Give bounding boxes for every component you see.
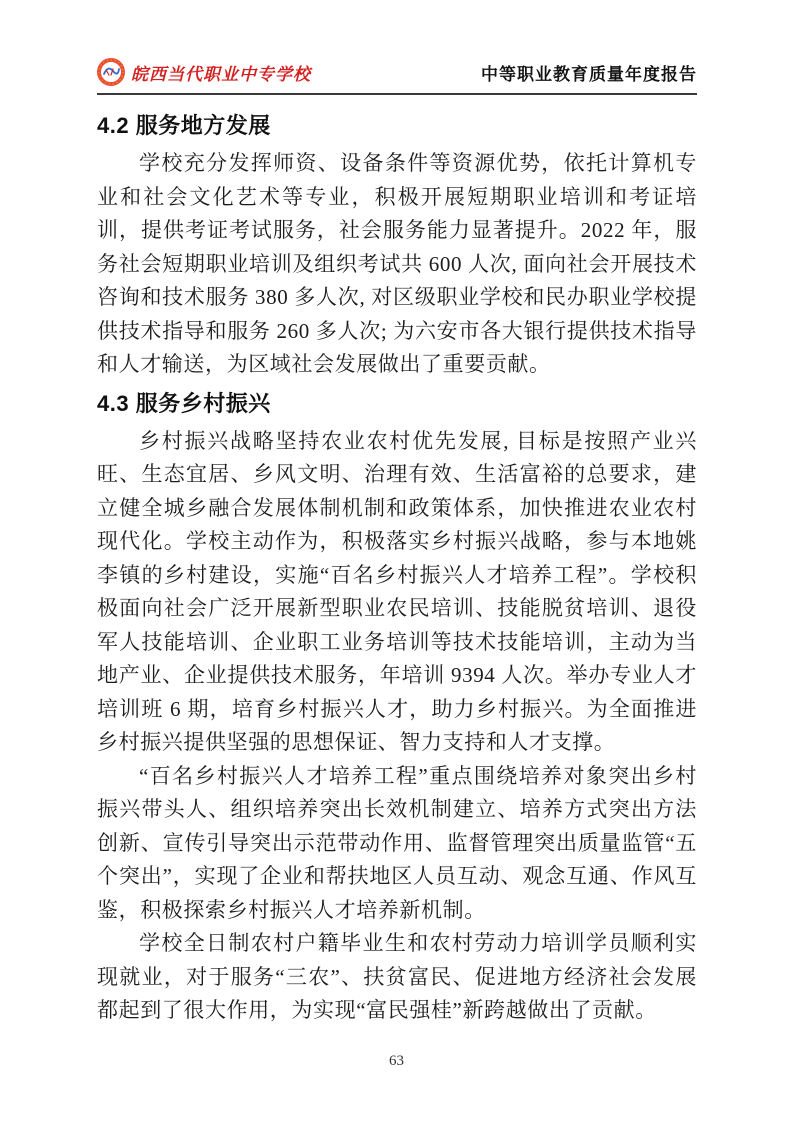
paragraph: 乡村振兴战略坚持农业农村优先发展, 目标是按照产业兴旺、生态宜居、乡风文明、治理… [97, 425, 697, 760]
document-page: 皖西当代职业中专学校 中等职业教育质量年度报告 4.2 服务地方发展 学校充分发… [0, 0, 793, 1122]
paragraph: 学校充分发挥师资、设备条件等资源优势，依托计算机专业和社会文化艺术等专业，积极开… [97, 147, 697, 382]
section-heading-4-3: 4.3 服务乡村振兴 [97, 390, 697, 418]
page-footer: 63 [0, 1052, 793, 1070]
report-title: 中等职业教育质量年度报告 [481, 60, 697, 85]
section-4-3: 4.3 服务乡村振兴 乡村振兴战略坚持农业农村优先发展, 目标是按照产业兴旺、生… [97, 390, 697, 1028]
section-4-2: 4.2 服务地方发展 学校充分发挥师资、设备条件等资源优势，依托计算机专业和社会… [97, 112, 697, 382]
page-content: 4.2 服务地方发展 学校充分发挥师资、设备条件等资源优势，依托计算机专业和社会… [97, 112, 697, 1028]
paragraph: “百名乡村振兴人才培养工程”重点围绕培养对象突出乡村振兴带头人、组织培养突出长效… [97, 760, 697, 928]
school-logo: 皖西当代职业中专学校 [97, 58, 311, 86]
paragraph: 学校全日制农村户籍毕业生和农村劳动力培训学员顺利实现就业，对于服务“三农”、扶贫… [97, 927, 697, 1028]
section-heading-4-2: 4.2 服务地方发展 [97, 112, 697, 140]
page-number: 63 [389, 1053, 404, 1069]
school-emblem-icon [97, 58, 125, 86]
school-name: 皖西当代职业中专学校 [131, 60, 311, 85]
page-header: 皖西当代职业中专学校 中等职业教育质量年度报告 [97, 58, 697, 95]
